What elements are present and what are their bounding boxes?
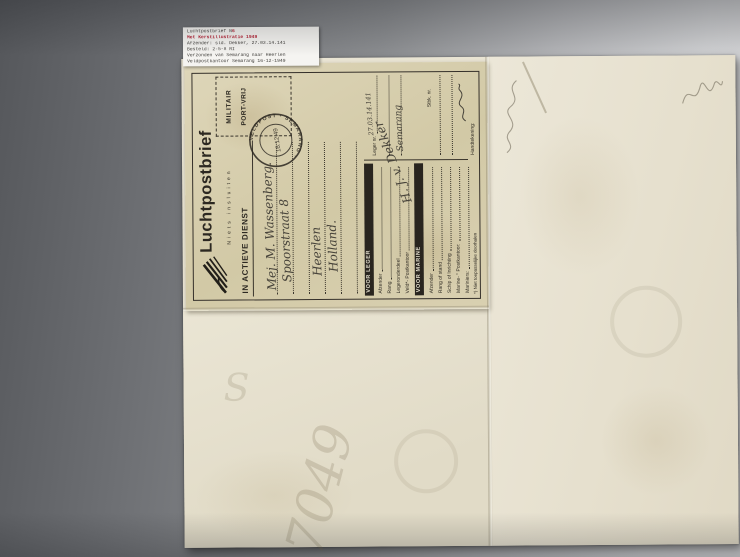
dotted-rule [426, 167, 434, 271]
pencil-scribble [678, 73, 724, 113]
printed-front-panel: Luchtpostbrief Niets insluiten IN ACTIEV… [184, 62, 489, 311]
blank-lower-panel: S 7049 [183, 309, 492, 548]
dotted-rule [384, 167, 392, 279]
field-row: Afzender [426, 165, 435, 293]
handwritten-city: Heerlen [309, 227, 325, 277]
dotted-rule [375, 168, 383, 272]
voor-marine-header: VOOR MARINE [414, 163, 424, 295]
blank-back-panel [488, 55, 738, 546]
footnote: *) Niet toepasselijke doorhalen [473, 233, 478, 294]
show-through-letter: S [223, 365, 249, 409]
dotted-rule [453, 167, 461, 241]
field-row: Rang [384, 165, 393, 293]
form-subtitle: Niets insluiten [226, 168, 233, 244]
signature-squiggle [455, 83, 469, 123]
field-row: Mariniers: [462, 165, 471, 293]
permit-box-line1: MILITAIR [225, 78, 232, 136]
dotted-rule [462, 167, 470, 269]
field-row: Schip of Inrichting [444, 165, 453, 293]
luchtpostbrief-form: Luchtpostbrief Niets insluiten IN ACTIEV… [189, 69, 483, 303]
auction-label: Luchtpostbrief N6 Met Kerstillustratie 1… [183, 27, 319, 67]
field-row: Rang of stand [435, 165, 444, 293]
show-through-postmark [610, 285, 683, 358]
form-title: Luchtpostbrief [197, 130, 217, 253]
rotated-form-wrapper: Luchtpostbrief Niets insluiten IN ACTIEV… [189, 69, 483, 303]
field-row: Marine- " Postkantoor: [453, 165, 462, 293]
postmark-icon: VELDPOST · SEMARANG · 16.12.49 [246, 110, 306, 170]
wing-emblem-icon [202, 255, 228, 295]
photo-of-postal-lot: S 7049 Lucht [0, 0, 740, 557]
field-row: Afzender [375, 166, 384, 294]
age-stain [601, 385, 712, 496]
show-through-postmark [394, 429, 458, 493]
aerogramme-sheet: S 7049 Lucht [181, 55, 738, 548]
label-red-mark: 6 [232, 29, 235, 34]
dotted-rule [444, 167, 452, 251]
active-service-line: IN ACTIEVE DIENST [240, 207, 250, 293]
pencil-scribble [496, 77, 531, 155]
label-line-6: Veldpostkantoor Semarang 16-12-1949 [187, 58, 316, 65]
voor-leger-header: VOOR LEGER [364, 164, 374, 296]
postmark-date: 16.12.49 [272, 127, 283, 152]
age-stain [519, 116, 640, 277]
show-through-digits: 7049 [275, 418, 366, 557]
dotted-rule [435, 167, 443, 260]
handtekening-label: Handtekening: [470, 123, 476, 155]
handwritten-country: Holland. [325, 220, 341, 272]
stbk-label: Stbk. nr. [427, 89, 433, 107]
